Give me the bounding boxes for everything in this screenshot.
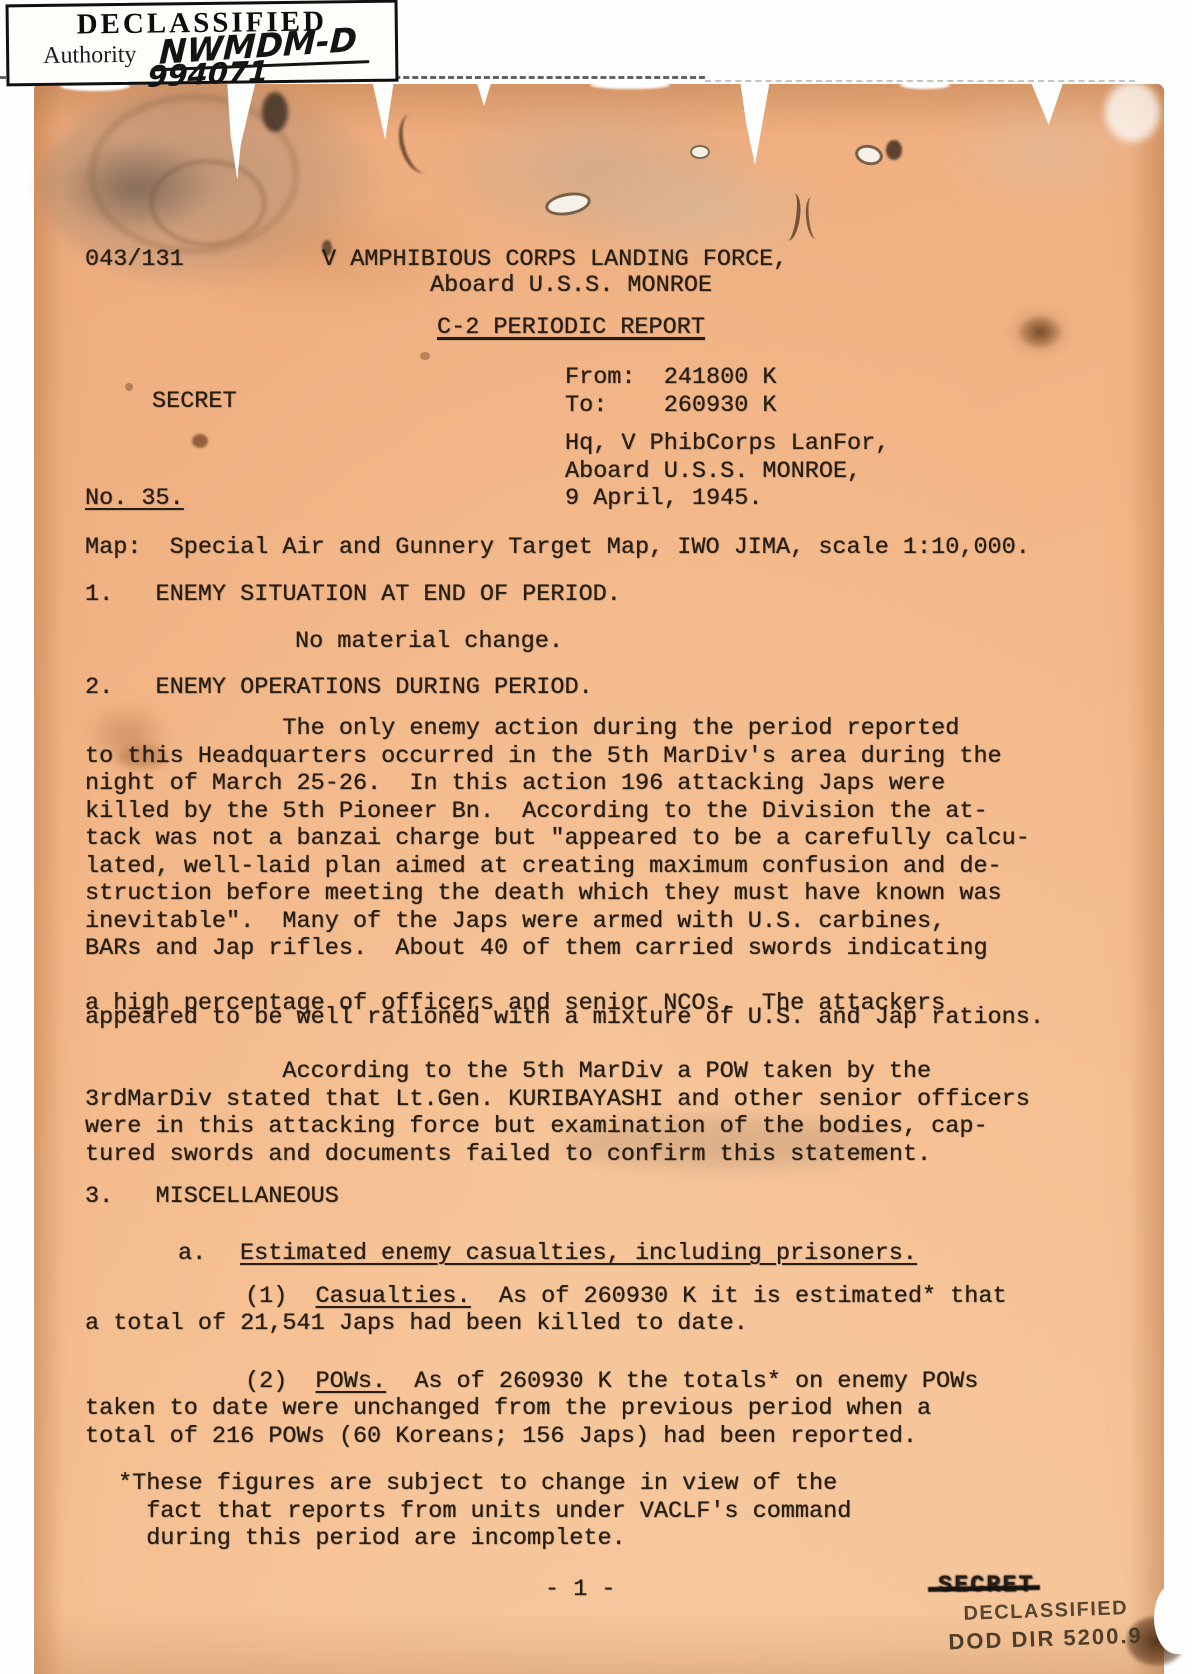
pows-item-line3: total of 216 POWs (60 Koreans; 156 Japs)… (85, 1423, 917, 1451)
scanned-document-page: DECLASSIFIED Authority NWMDM-D 994071 04… (0, 0, 1192, 1674)
pows-item-line2: taken to date were unchanged from the pr… (85, 1395, 931, 1423)
pows-label: POWs. (316, 1368, 387, 1395)
section1-heading: 1. ENEMY SITUATION AT END OF PERIOD. (85, 581, 621, 609)
report-number-text: No. 35. (85, 485, 184, 512)
subsection-a-prefix: a. (178, 1240, 206, 1268)
dashed-separator-line (705, 80, 1135, 82)
organization-line1: V AMPHIBIOUS CORPS LANDING FORCE, (322, 246, 787, 274)
report-period: From: 241800 K To: 260930 K (565, 364, 777, 419)
casualties-text: As of 260930 K it is estimated* that (471, 1283, 1007, 1310)
section3-heading: 3. MISCELLANEOUS (85, 1183, 339, 1211)
section2-paragraph1-line11: appeared to be well rationed with a mixt… (85, 1004, 1044, 1032)
pows-text: As of 260930 K the totals* on enemy POWs (386, 1368, 978, 1395)
section2-paragraph2: According to the 5th MarDiv a POW taken … (85, 1058, 1030, 1168)
casualties-label: Casualties. (316, 1283, 471, 1310)
authority-number-handwriting: 994071 (146, 54, 269, 94)
casualties-item-number: (1) (245, 1283, 316, 1310)
report-date: 9 April, 1945. (565, 485, 762, 513)
declassified-stamp-box: DECLASSIFIED Authority NWMDM-D 994071 (6, 0, 399, 86)
casualties-item-line2: a total of 21,541 Japs had been killed t… (85, 1310, 748, 1338)
report-title-text: C-2 PERIODIC REPORT (437, 314, 705, 341)
declassified-footer-stamp: DECLASSIFIED DOD DIR 5200.9 (947, 1597, 1143, 1656)
section1-text: No material change. (295, 628, 563, 656)
report-title: C-2 PERIODIC REPORT (437, 314, 705, 342)
subsection-a-heading: Estimated enemy casualties, including pr… (240, 1240, 917, 1268)
authority-label: Authority (43, 42, 137, 70)
section2-heading: 2. ENEMY OPERATIONS DURING PERIOD. (85, 674, 593, 702)
headquarters-address: Hq, V PhibCorps LanFor, Aboard U.S.S. MO… (565, 430, 889, 485)
casualties-item-line1: (1) Casualties. As of 260930 K it is est… (245, 1283, 1007, 1311)
section2-paragraph1: The only enemy action during the period … (85, 715, 1030, 963)
organization-line2: Aboard U.S.S. MONROE (430, 272, 712, 300)
footnote: *These figures are subject to change in … (118, 1470, 851, 1553)
map-reference: Map: Special Air and Gunnery Target Map,… (85, 534, 1030, 562)
page-number: - 1 - (545, 1576, 616, 1604)
report-number: No. 35. (85, 485, 184, 513)
reference-number: 043/131 (85, 246, 184, 274)
declassified-footer-line1: DECLASSIFIED (963, 1597, 1142, 1626)
subsection-a-heading-text: Estimated enemy casualties, including pr… (240, 1240, 917, 1267)
pows-item-line1: (2) POWs. As of 260930 K the totals* on … (245, 1368, 978, 1396)
classification-label: SECRET (152, 388, 237, 416)
pows-item-number: (2) (245, 1368, 316, 1395)
